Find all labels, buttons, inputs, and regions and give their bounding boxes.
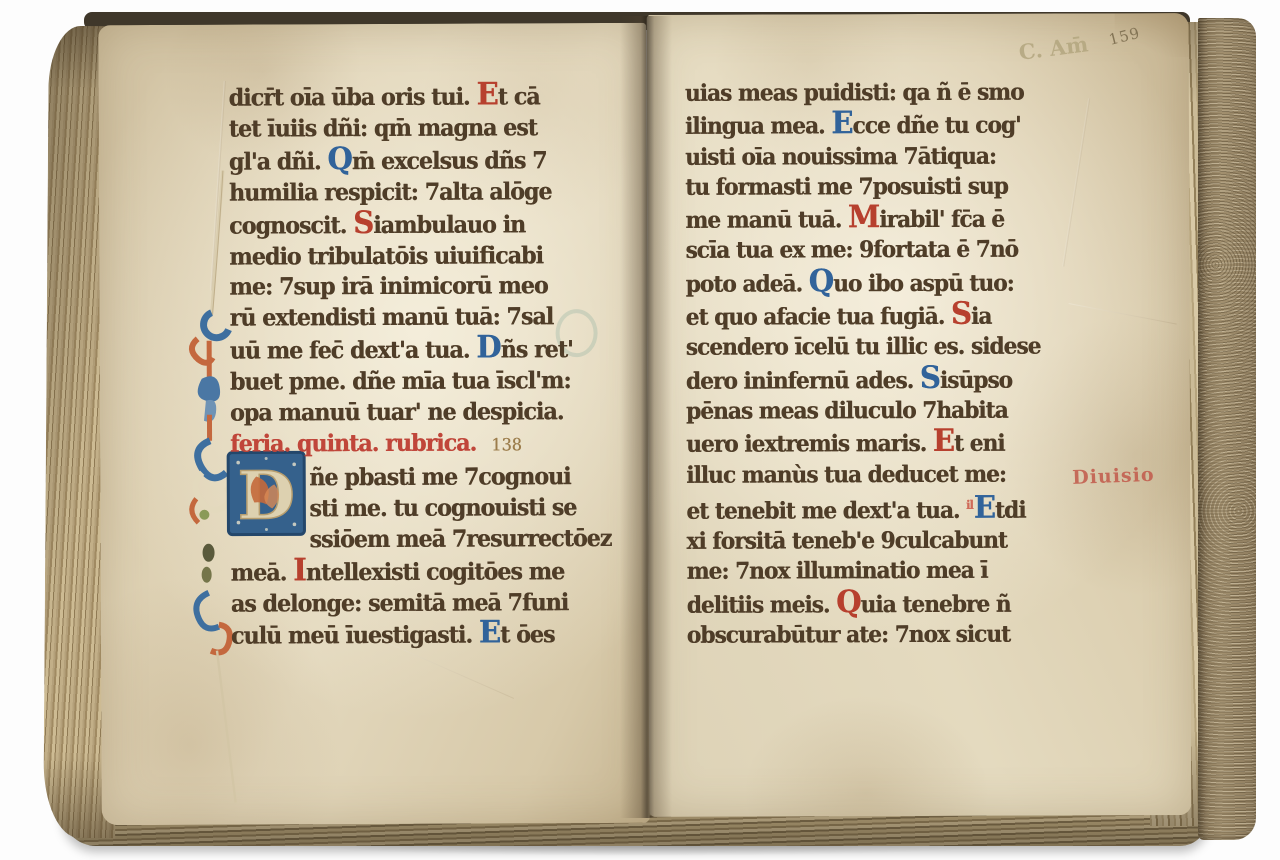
right-page-text: uias meas puidisti: qa ñ ē smoilingua me…: [685, 77, 1082, 651]
text-line-right-15: xi forsitā teneb'e 9culcabunt: [686, 526, 1081, 558]
text-line-left-9: uū me fec̄ dext'a tua. Dñs ret': [230, 332, 625, 367]
left-page-text: dicr̄t oīa ūba oris tui. Et cātet īuiis …: [229, 79, 626, 652]
text-line-left-16: meā. Intellexisti cogitōes me: [231, 553, 626, 588]
text-line-right-17: delitiis meis. Quia tenebre ñ: [687, 586, 1082, 621]
text-line-left-17: as delonge: semitā meā 7funi: [231, 586, 626, 619]
parchment-crease: [1069, 303, 1177, 325]
text-line-left-12: feria. quinta. rubrica.138: [230, 427, 625, 463]
text-line-right-12: uero iextremis maris. Et eni: [686, 426, 1081, 461]
text-line-left-2: tet īuiis dñi: qm̄ magna est: [229, 112, 624, 145]
text-line-right-8: et quo afacie tua fugiā. Sia: [686, 299, 1081, 334]
text-line-right-3: uisti oīa nouissima 7ātiqua:: [685, 141, 1080, 173]
division-margin-note: Diuisio: [1072, 464, 1155, 489]
text-line-left-15: ssiōem meā 7resurrectōez: [230, 523, 625, 556]
text-line-right-6: scīa tua ex me: 9fortata ē 7nō: [685, 235, 1080, 267]
text-line-left-10: buet pme. dñe mīa tua īscl'm:: [230, 365, 625, 398]
text-line-right-4: tu formasti me 7posuisti sup: [685, 171, 1080, 203]
text-line-right-5: me manū tuā. Mirabil' fc̄a ē: [685, 202, 1080, 237]
text-line-right-9: scendero īcelū tu illic es. sidese: [686, 332, 1081, 364]
text-line-right-13: illuc manùs tua deducet me:: [686, 459, 1081, 491]
border-blue-knot: [198, 376, 220, 401]
text-line-left-14: sti me. tu cognouisti se: [230, 492, 625, 525]
text-line-right-11: pēnas meas diluculo 7habita: [686, 395, 1081, 427]
text-line-left-6: medio tribulatōis uiuificabi: [229, 239, 624, 272]
text-line-left-4: humilia respicit: 7alta alōge: [229, 176, 624, 209]
border-blue-curl-top: [204, 313, 229, 338]
text-line-left-5: cognoscit. Siambulauo in: [229, 207, 624, 242]
text-line-right-2: ilingua mea. Ecce dñe tu cog': [685, 108, 1080, 143]
text-line-left-3: gl'a dñi. Qm̄ excelsus dñs 7: [229, 143, 624, 178]
text-line-left-8: rū extendisti manū tuā: 7sal: [229, 301, 624, 334]
text-line-right-16: me: 7nox illuminatio mea ī: [686, 556, 1081, 588]
border-dark-knot: [203, 544, 215, 562]
text-line-right-7: poto adeā. Quo ibo aspū tuo:: [685, 265, 1080, 300]
text-line-right-1: uias meas puidisti: qa ñ ē smo: [685, 77, 1080, 109]
border-blue-curl-bottom: [196, 593, 219, 629]
left-page: D dicr̄t oīa ūba oris tui. Et cātet īuii…: [98, 23, 649, 825]
text-line-right-18: obscurabūtur ate: 7nox sicut: [687, 619, 1082, 651]
text-line-left-18: culū meū īuestigasti. Et ōes: [231, 617, 626, 652]
text-line-left-1: dicr̄t oīa ūba oris tui. Et cā: [229, 79, 624, 114]
text-line-left-13: ñe pbasti me 7cognoui: [230, 461, 625, 494]
photo-background: D dicr̄t oīa ūba oris tui. Et cātet īuii…: [0, 0, 1280, 860]
ownership-inscription: C. Am̄: [1017, 31, 1089, 65]
text-line-right-14: et tenebit me dext'a tua. ilEtdi: [686, 489, 1081, 527]
right-page: C. Am̄ 159 Diuisio uias meas puidisti: q…: [647, 13, 1192, 817]
text-line-left-7: me: 7sup irā inimicorū meo: [229, 270, 624, 303]
text-line-left-11: opa manuū tuar' ne despicia.: [230, 396, 625, 429]
binding-board-right: [1198, 18, 1256, 840]
text-line-right-10: dero ininfernū ades. Sisūpso: [686, 362, 1081, 397]
border-blue-curl-mid: [198, 441, 227, 478]
